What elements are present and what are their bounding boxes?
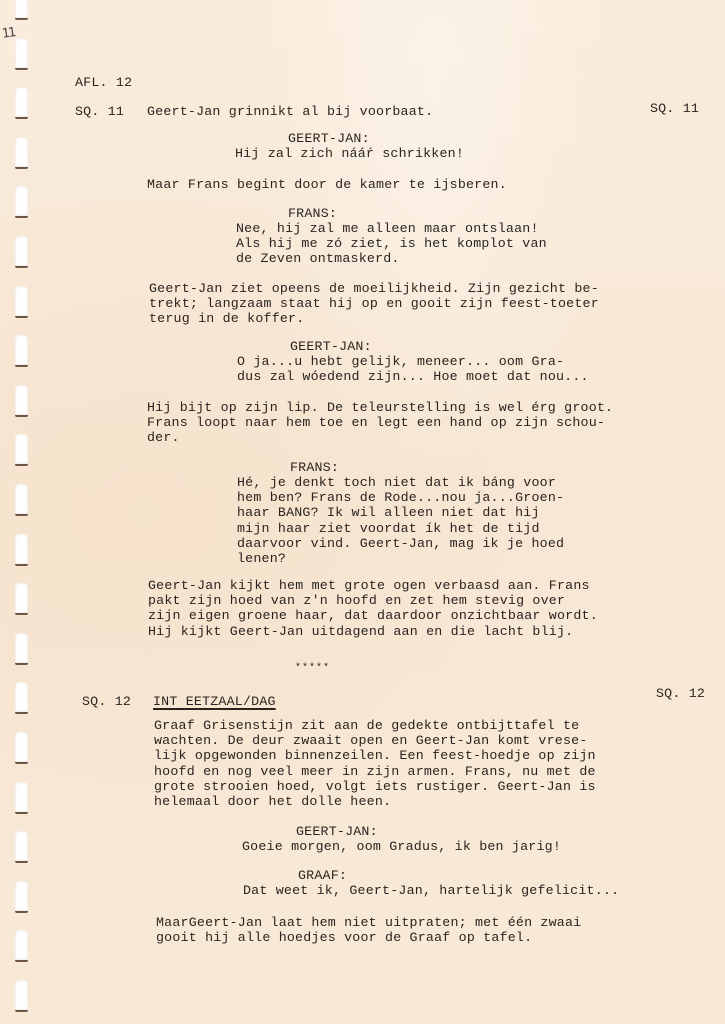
dialogue-line: Dat weet ik, Geert-Jan, hartelijk gefeli…: [243, 883, 619, 898]
binding-hole: [15, 0, 28, 20]
action-line: hoofd en nog veel meer in zijn armen. Fr…: [154, 764, 596, 779]
scene-11-label-left: SQ. 11: [75, 104, 124, 119]
episode-label: AFL. 12: [75, 75, 132, 90]
action-line: terug in de koffer.: [149, 311, 304, 326]
binding-hole: [15, 434, 28, 466]
binding-hole: [15, 782, 28, 814]
dialogue-line: mijn haar ziet voordat ík het de tijd: [237, 521, 540, 536]
character-name: GRAAF:: [298, 868, 347, 883]
action-line: Geert-Jan ziet opeens de moeilijkheid. Z…: [149, 281, 599, 296]
binding-hole: [15, 930, 28, 962]
binding-hole: [15, 831, 28, 863]
binding-hole: [15, 682, 28, 714]
margin-note: 11: [1, 25, 16, 42]
dialogue-line: O ja...u hebt gelijk, meneer... oom Gra-: [237, 354, 564, 369]
scene-12-label-left: SQ. 12: [82, 694, 131, 709]
action-line: gooit hij alle hoedjes voor de Graaf op …: [156, 930, 532, 945]
action-line: Frans loopt naar hem toe en legt een han…: [147, 415, 605, 430]
action-line: Graaf Grisenstijn zit aan de gedekte ont…: [154, 718, 579, 733]
action-line: Hij kijkt Geert-Jan uitdagend aan en die…: [148, 624, 573, 639]
action-line: wachten. De deur zwaait open en Geert-Ja…: [154, 733, 588, 748]
dialogue-line: hem ben? Frans de Rode...nou ja...Groen-: [237, 490, 564, 505]
binding-hole: [15, 186, 28, 218]
binding-hole: [15, 732, 28, 764]
action-line: Geert-Jan kijkt hem met grote ogen verba…: [148, 578, 590, 593]
action-line: Maar Frans begint door de kamer te ijsbe…: [147, 177, 507, 192]
character-name: FRANS:: [290, 460, 339, 475]
binding-hole: [15, 137, 28, 169]
action-line: grote strooien hoed, volgt iets rustiger…: [154, 779, 596, 794]
action-line: der.: [147, 430, 180, 445]
binding-hole: [15, 583, 28, 615]
action-line: zijn eigen groene haar, dat daardoor onz…: [148, 608, 598, 623]
scene-separator: *****: [295, 661, 330, 676]
binding-hole: [15, 385, 28, 417]
character-name: FRANS:: [288, 206, 337, 221]
binding-hole: [15, 38, 28, 70]
scene-12-slugline: INT EETZAAL/DAG: [153, 694, 276, 709]
binding-hole: [15, 534, 28, 566]
scene-12-label-right: SQ. 12: [656, 686, 705, 701]
binding-hole: [15, 980, 28, 1012]
binding-hole: [15, 881, 28, 913]
dialogue-line: Nee, hij zal me alleen maar ontslaan!: [236, 221, 539, 236]
dialogue-line: Als hij me zó ziet, is het komplot van: [236, 236, 547, 251]
dialogue-line: daarvoor vind. Geert-Jan, mag ik je hoed: [237, 536, 564, 551]
dialogue-line: dus zal wóedend zijn... Hoe moet dat nou…: [237, 369, 589, 384]
action-line: trekt; langzaam staat hij op en gooit zi…: [149, 296, 599, 311]
action-line: pakt zijn hoed van z'n hoofd en zet hem …: [148, 593, 565, 608]
binding-hole: [15, 87, 28, 119]
binding-hole: [15, 335, 28, 367]
dialogue-line: Hij zal zich nááŕ schrikken!: [235, 146, 464, 161]
dialogue-line: lenen?: [237, 551, 286, 566]
action-line: helemaal door het dolle heen.: [154, 794, 391, 809]
binding-hole: [15, 286, 28, 318]
character-name: GEERT-JAN:: [288, 131, 370, 146]
dialogue-line: haar BANG? Ik wil alleen niet dat hij: [237, 505, 540, 520]
scene-11-label-right: SQ. 11: [650, 101, 699, 116]
binding-hole: [15, 633, 28, 665]
action-line: MaarGeert-Jan laat hem niet uitpraten; m…: [156, 915, 581, 930]
dialogue-line: de Zeven ontmaskerd.: [236, 251, 400, 266]
character-name: GEERT-JAN:: [290, 339, 372, 354]
scene-11-opening-action: Geert-Jan grinnikt al bij voorbaat.: [147, 104, 433, 119]
dialogue-line: Goeie morgen, oom Gradus, ik ben jarig!: [242, 839, 561, 854]
binding-hole: [15, 484, 28, 516]
action-line: lijk opgewonden binnenzeilen. Een feest-…: [154, 748, 596, 763]
dialogue-line: Hé, je denkt toch niet dat ik báng voor: [237, 475, 556, 490]
character-name: GEERT-JAN:: [296, 824, 378, 839]
binding-hole: [15, 236, 28, 268]
action-line: Hij bijt op zijn lip. De teleurstelling …: [147, 400, 613, 415]
